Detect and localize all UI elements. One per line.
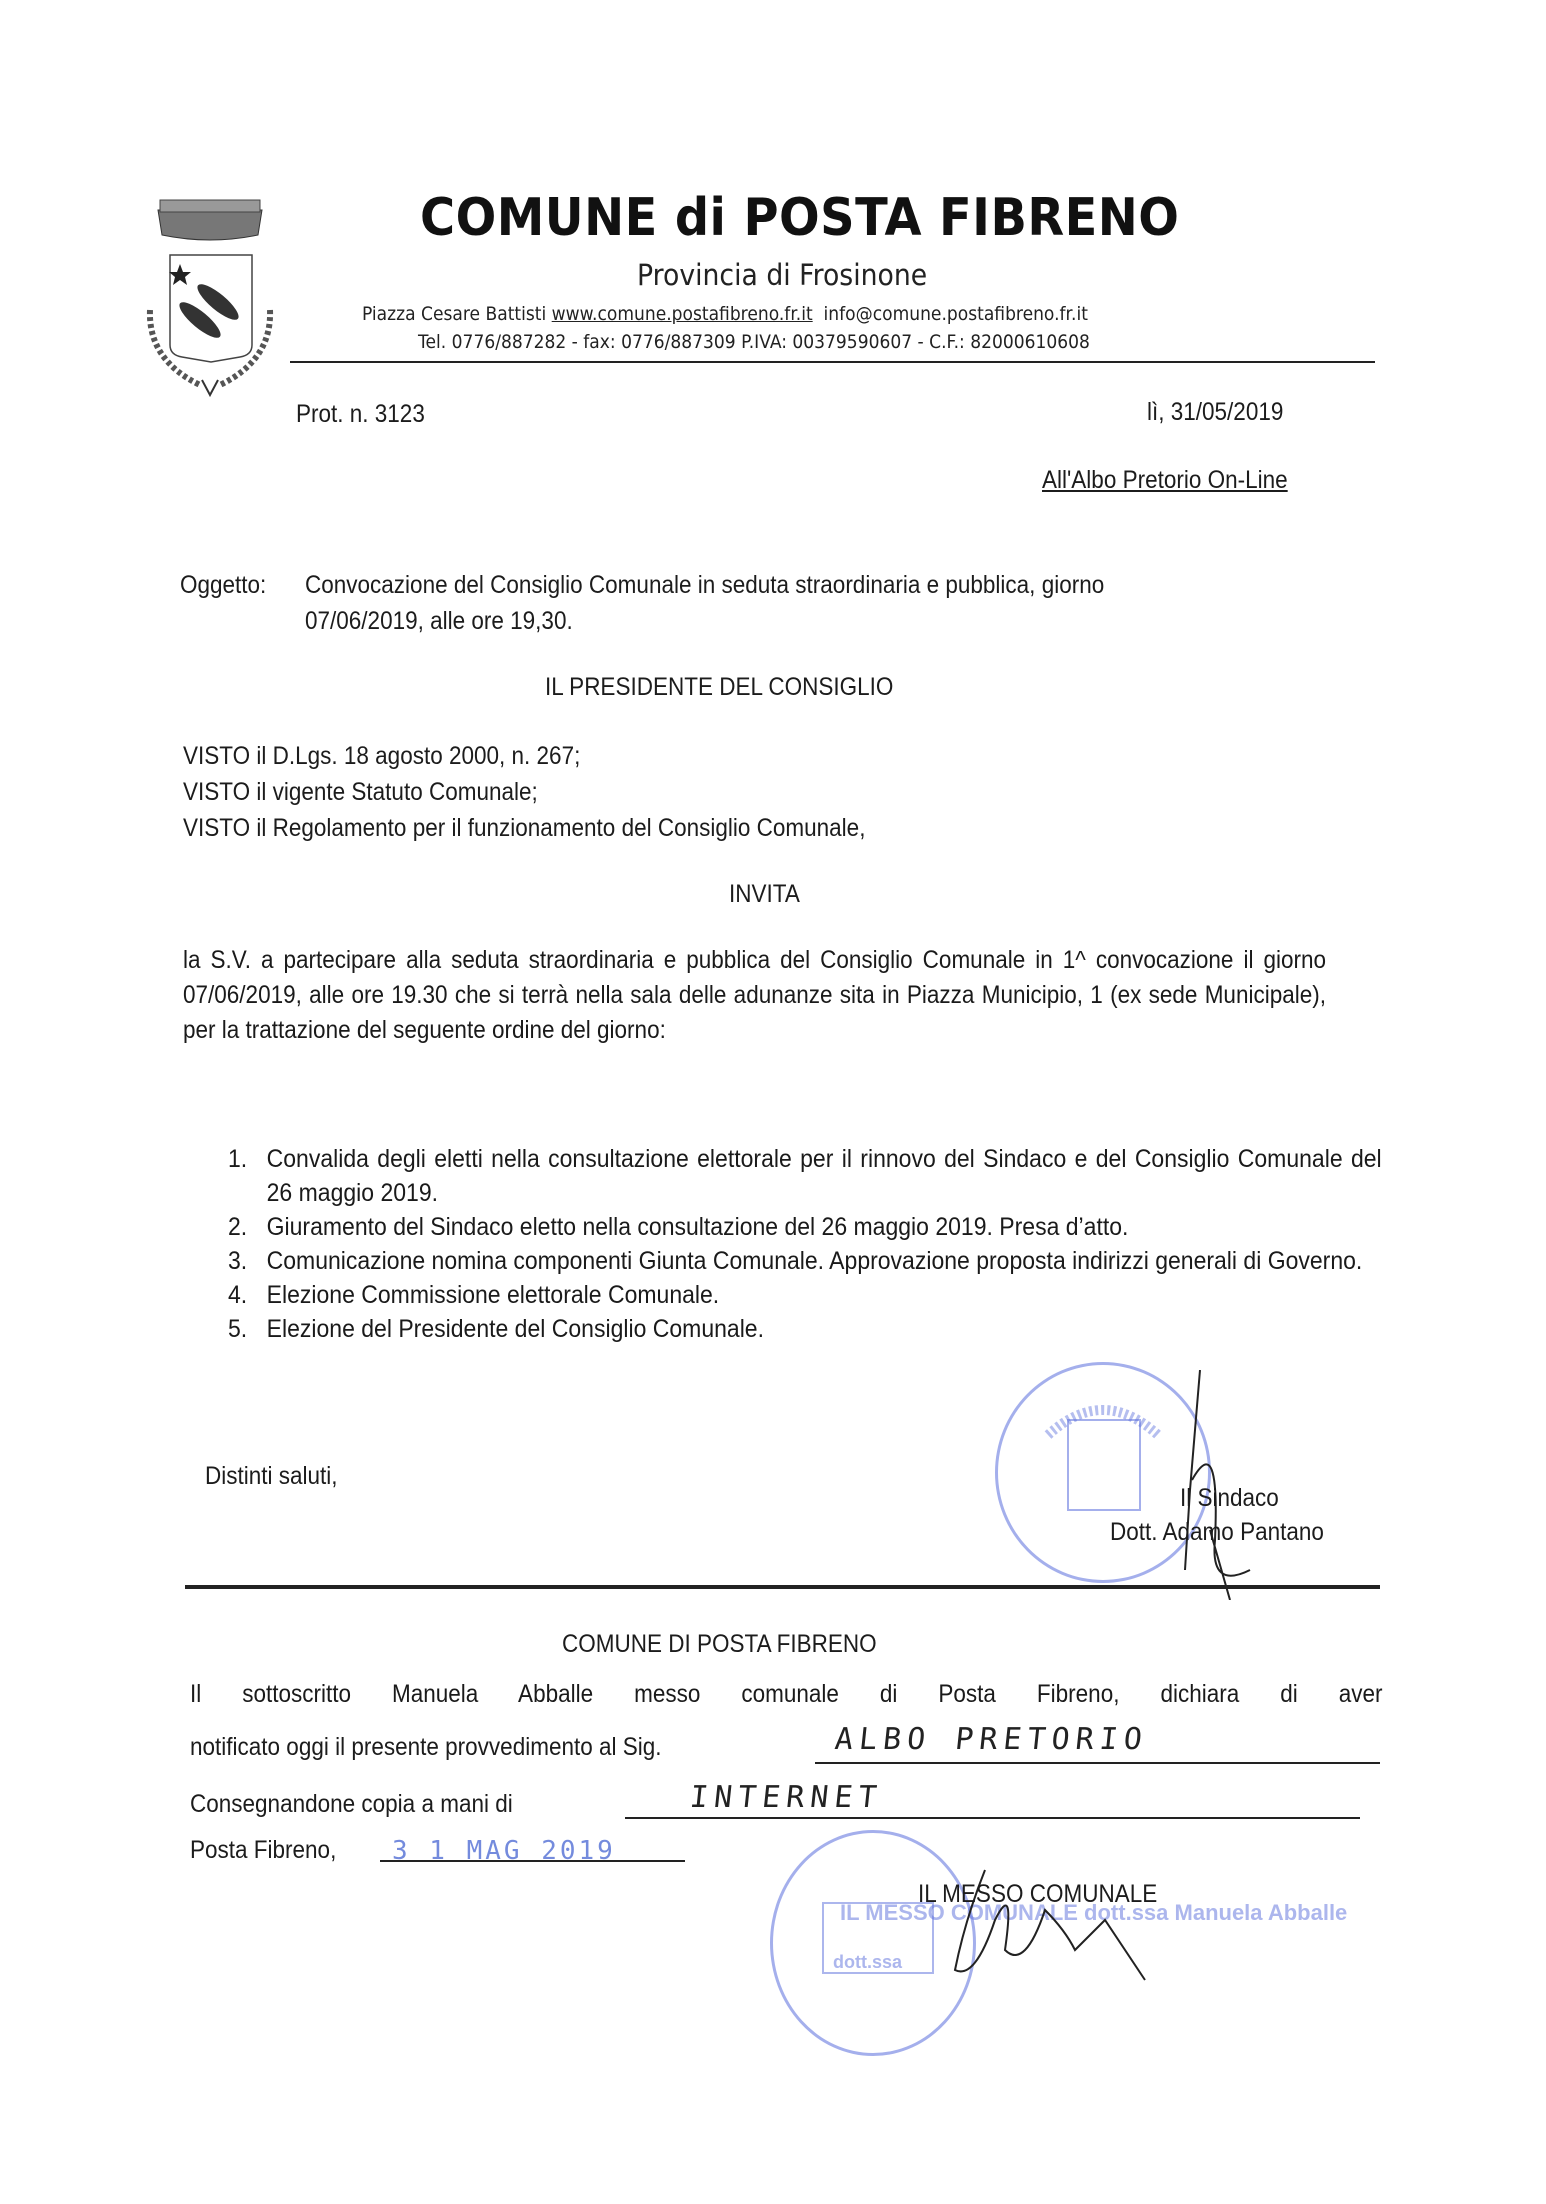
place-label: Posta Fibreno, xyxy=(190,1836,336,1865)
mayor-role: Il Sindaco xyxy=(1180,1484,1279,1513)
visto-line: VISTO il vigente Statuto Comunale; xyxy=(183,778,538,807)
agenda-item-text: Elezione del Presidente del Consiglio Co… xyxy=(267,1312,1382,1346)
subject-line-1: Convocazione del Consiglio Comunale in s… xyxy=(305,571,1104,600)
letterhead-province: Provincia di Frosinone xyxy=(637,258,927,292)
delivery-label: Consegnandone copia a mani di xyxy=(190,1790,513,1819)
letterhead-contacts: Tel. 0776/887282 - fax: 0776/887309 P.IV… xyxy=(418,331,1090,353)
agenda-item-number: 4. xyxy=(228,1278,267,1312)
agenda-item-number: 1. xyxy=(228,1142,267,1210)
agenda-item-text: Convalida degli eletti nella consultazio… xyxy=(267,1142,1382,1210)
invita-heading: INVITA xyxy=(729,880,800,909)
letterhead-address: Piazza Cesare Battisti xyxy=(362,303,546,325)
agenda-list: 1. Convalida degli eletti nella consulta… xyxy=(228,1142,1382,1346)
closing-salutation: Distinti saluti, xyxy=(205,1462,338,1491)
subject-label: Oggetto: xyxy=(180,571,266,600)
agenda-item: 2. Giuramento del Sindaco eletto nella c… xyxy=(228,1210,1382,1244)
agenda-item: 5. Elezione del Presidente del Consiglio… xyxy=(228,1312,1382,1346)
letterhead-website-link[interactable]: www.comune.postafibreno.fr.it xyxy=(552,303,813,325)
body-heading: IL PRESIDENTE DEL CONSIGLIO xyxy=(545,673,893,702)
agenda-item-text: Giuramento del Sindaco eletto nella cons… xyxy=(267,1210,1382,1244)
document-date: lì, 31/05/2019 xyxy=(1147,398,1283,427)
letterhead-email: info@comune.postafibreno.fr.it xyxy=(824,303,1088,325)
agenda-item: 3. Comunicazione nomina componenti Giunt… xyxy=(228,1244,1382,1278)
visto-line: VISTO il Regolamento per il funzionament… xyxy=(183,814,865,843)
recipient-fill-line xyxy=(815,1762,1380,1764)
delivery-fill-line xyxy=(625,1817,1360,1819)
notification-heading: COMUNE DI POSTA FIBRENO xyxy=(562,1630,877,1659)
messo-role: IL MESSO COMUNALE xyxy=(918,1880,1157,1909)
recipient: All'Albo Pretorio On-Line xyxy=(1042,466,1288,495)
agenda-item-number: 5. xyxy=(228,1312,267,1346)
agenda-item-number: 2. xyxy=(228,1210,267,1244)
notification-line-1: Il sottoscritto Manuela Abballe messo co… xyxy=(190,1680,1383,1709)
letterhead-title: COMUNE di POSTA FIBRENO xyxy=(420,188,1179,248)
subject-line-2: 07/06/2019, alle ore 19,30. xyxy=(305,607,573,636)
invitation-paragraph: la S.V. a partecipare alla seduta straor… xyxy=(183,943,1326,1048)
letterhead-address-line: Piazza Cesare Battisti www.comune.postaf… xyxy=(362,303,1088,325)
svg-text:dott.ssa: dott.ssa xyxy=(833,1952,903,1972)
agenda-item-number: 3. xyxy=(228,1244,267,1278)
agenda-item: 1. Convalida degli eletti nella consulta… xyxy=(228,1142,1382,1210)
visto-line: VISTO il D.Lgs. 18 agosto 2000, n. 267; xyxy=(183,742,580,771)
agenda-item-text: Comunicazione nomina componenti Giunta C… xyxy=(267,1244,1382,1278)
protocol-number: Prot. n. 3123 xyxy=(296,400,425,429)
section-divider xyxy=(185,1585,1380,1589)
mayor-name: Dott. Adamo Pantano xyxy=(1110,1518,1324,1547)
municipal-stamp-icon xyxy=(995,1362,1211,1583)
date-stamp: 3 1 MAG 2019 xyxy=(392,1836,616,1866)
recipient-handwritten-value: ALBO PRETORIO xyxy=(833,1722,1149,1757)
notification-recipient-label: notificato oggi il presente provvediment… xyxy=(190,1733,662,1762)
coat-of-arms-icon xyxy=(140,190,280,400)
agenda-item: 4. Elezione Commissione elettorale Comun… xyxy=(228,1278,1382,1312)
agenda-item-text: Elezione Commissione elettorale Comunale… xyxy=(267,1278,1382,1312)
letterhead-divider xyxy=(290,361,1375,363)
delivery-handwritten-value: INTERNET xyxy=(688,1780,884,1815)
